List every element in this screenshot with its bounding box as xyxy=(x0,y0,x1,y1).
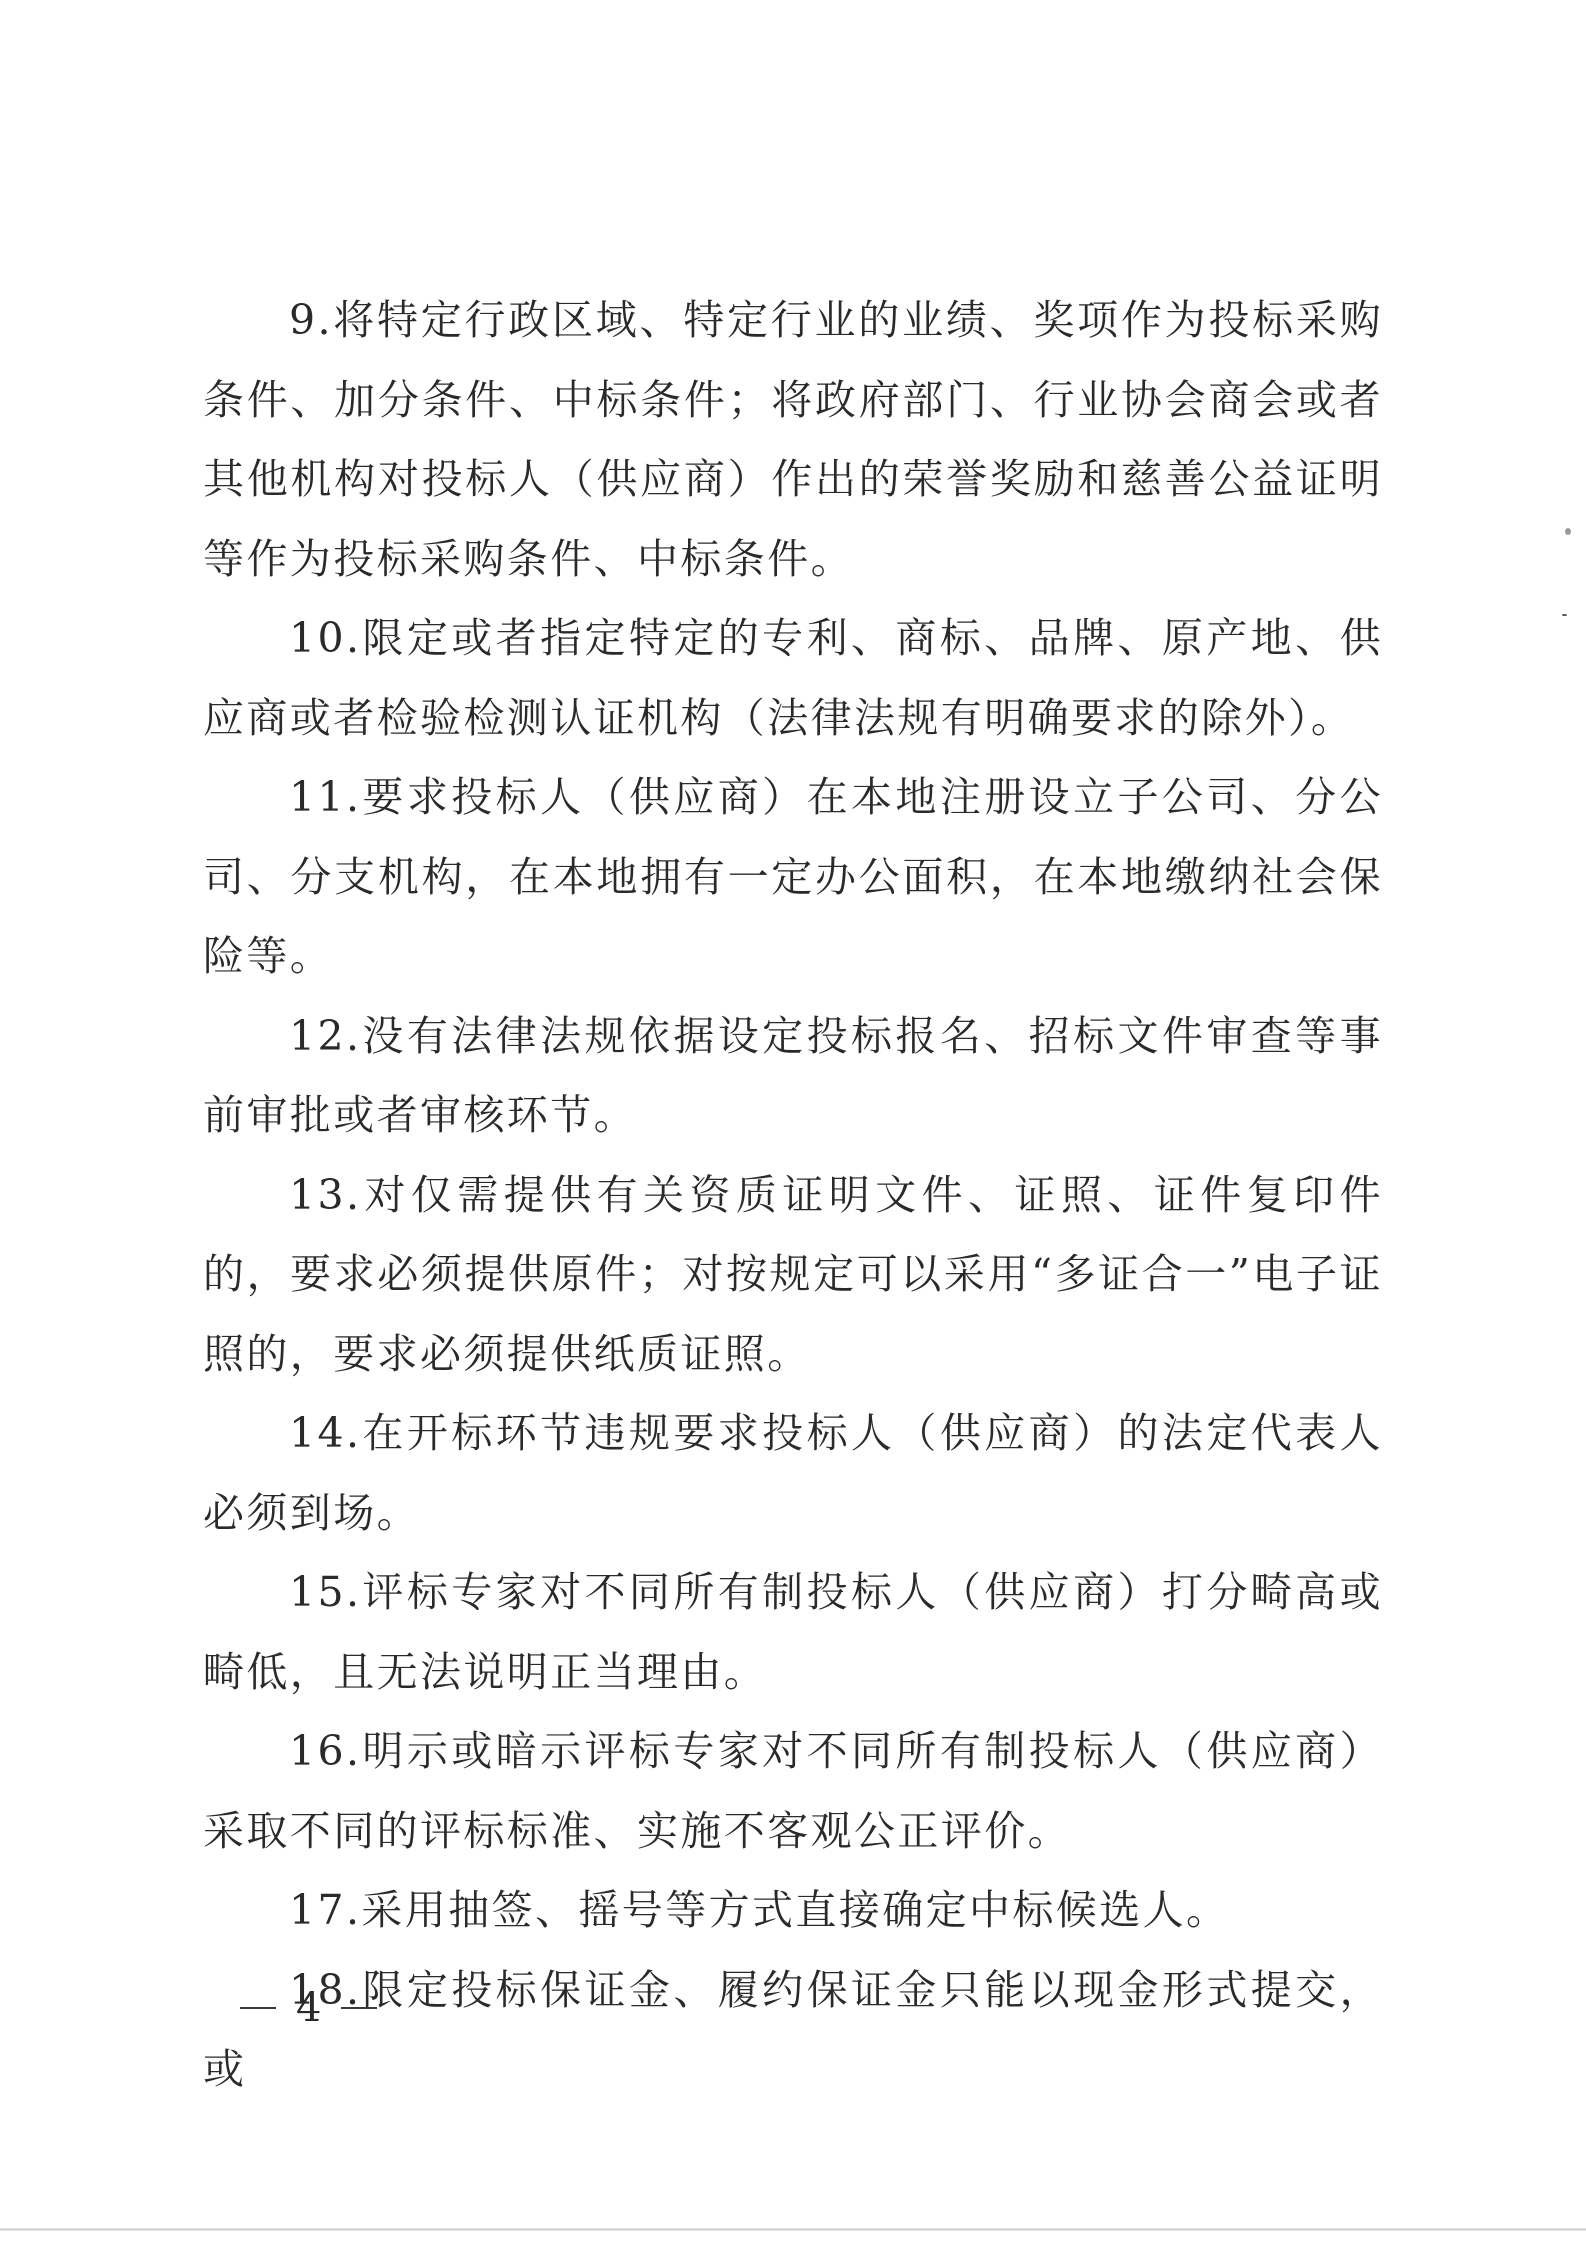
dash-left-icon xyxy=(240,2007,276,2009)
paragraph-item-11: 11.要求投标人（供应商）在本地注册设立子公司、分公司、分支机构，在本地拥有一定… xyxy=(203,758,1383,997)
paragraph-item-18: 18.限定投标保证金、履约保证金只能以现金形式提交，或 xyxy=(203,1951,1383,2110)
paragraph-item-16: 16.明示或暗示评标专家对不同所有制投标人（供应商）采取不同的评标标准、实施不客… xyxy=(203,1712,1383,1871)
page-number: 4 xyxy=(240,1985,377,2031)
paragraph-item-13: 13.对仅需提供有关资质证明文件、证照、证件复印件的，要求必须提供原件；对按规定… xyxy=(203,1156,1383,1395)
paragraph-item-10: 10.限定或者指定特定的专利、商标、品牌、原产地、供应商或者检验检测认证机构（法… xyxy=(203,599,1383,758)
document-body: 9.将特定行政区域、特定行业的业绩、奖项作为投标采购条件、加分条件、中标条件；将… xyxy=(203,281,1383,2110)
paragraph-item-17: 17.采用抽签、摇号等方式直接确定中标候选人。 xyxy=(203,1871,1383,1951)
document-page: 9.将特定行政区域、特定行业的业绩、奖项作为投标采购条件、加分条件、中标条件；将… xyxy=(0,0,1586,2242)
scan-speck-icon xyxy=(1562,614,1567,616)
dash-right-icon xyxy=(341,2007,377,2009)
paragraph-item-9: 9.将特定行政区域、特定行业的业绩、奖项作为投标采购条件、加分条件、中标条件；将… xyxy=(203,281,1383,599)
paragraph-item-14: 14.在开标环节违规要求投标人（供应商）的法定代表人必须到场。 xyxy=(203,1394,1383,1553)
scan-speck-icon xyxy=(1565,528,1571,535)
page-number-value: 4 xyxy=(296,1985,321,2031)
scan-bottom-edge xyxy=(0,2228,1586,2231)
paragraph-item-12: 12.没有法律法规依据设定投标报名、招标文件审查等事前审批或者审核环节。 xyxy=(203,997,1383,1156)
paragraph-item-15: 15.评标专家对不同所有制投标人（供应商）打分畸高或畸低，且无法说明正当理由。 xyxy=(203,1553,1383,1712)
